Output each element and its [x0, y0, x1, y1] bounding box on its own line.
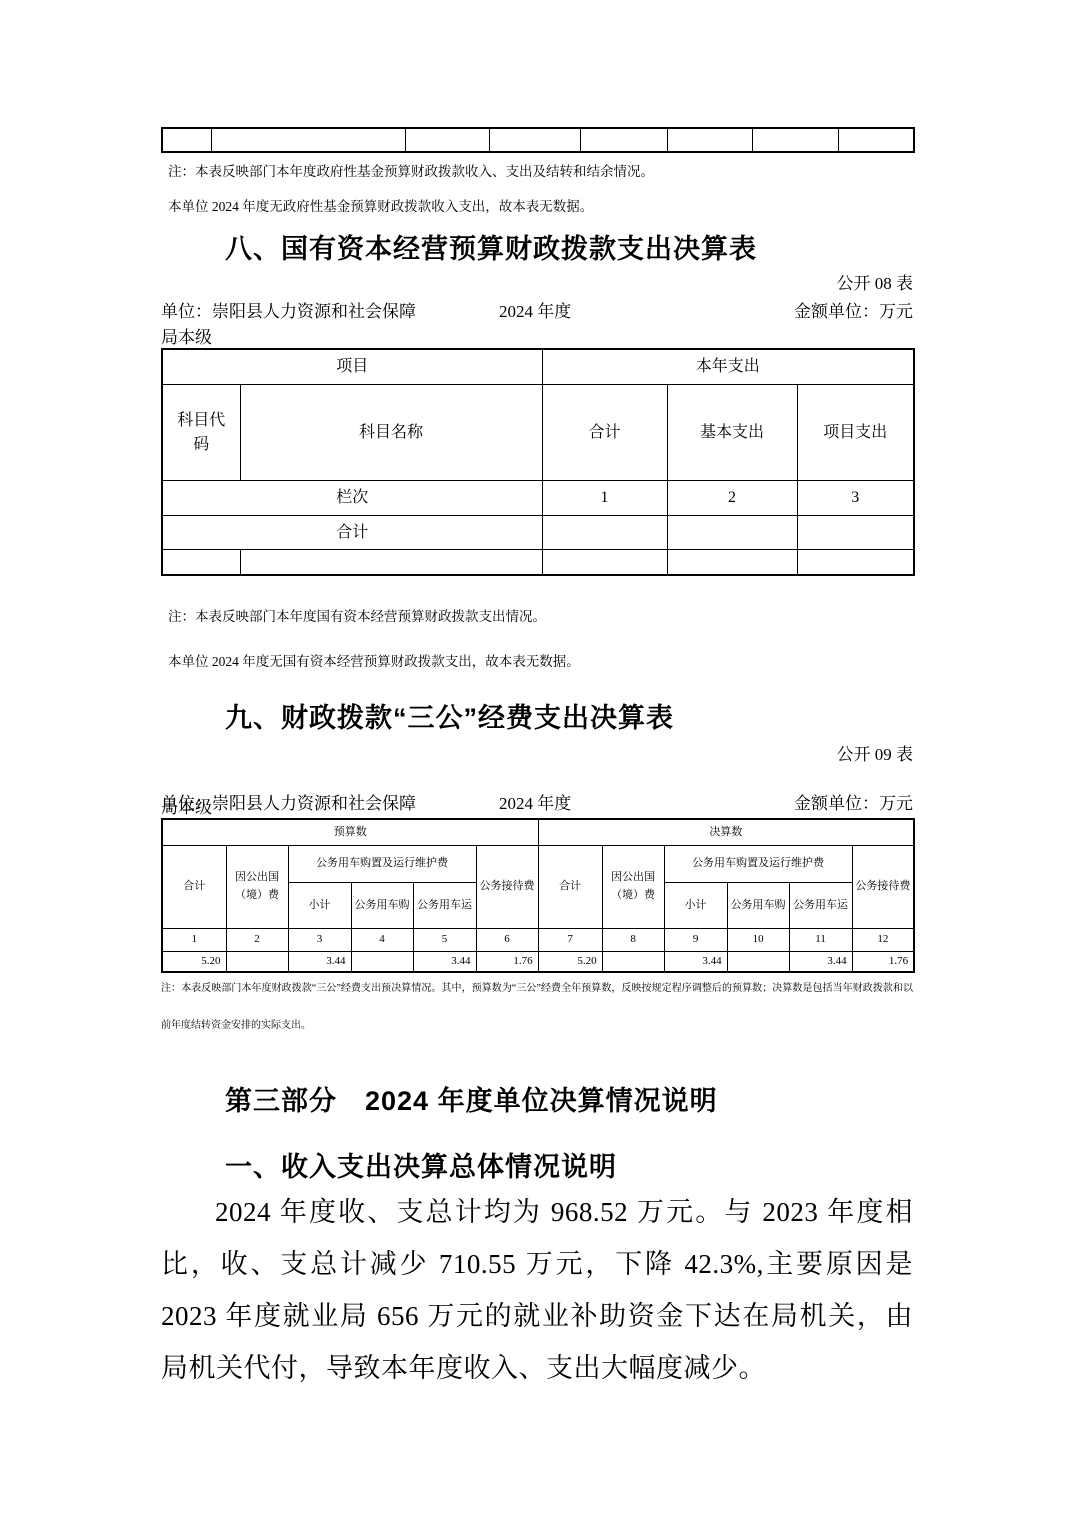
empty-cell [667, 128, 752, 152]
col-header-operate: 公务用车运 [789, 883, 852, 929]
col-number: 2 [226, 929, 288, 952]
empty-cell [580, 128, 667, 152]
col-header-abroad: 因公出国（境）费 [602, 846, 664, 929]
col-header-reception: 公务接待费 [852, 846, 914, 929]
section8-amount-unit: 金额单位：万元 [794, 297, 913, 322]
col-header-abroad: 因公出国（境）费 [226, 846, 288, 929]
section9-unit-suffix: 局本级 [161, 793, 913, 818]
col-header-operate: 公务用车运 [413, 883, 476, 929]
section8-table: 项目 本年支出 科目代码 科目名称 合计 基本支出 项目支出 栏次 1 2 3 … [161, 348, 915, 576]
col-header-subtotal: 小计 [288, 883, 351, 929]
total-row-label: 合计 [162, 516, 542, 550]
lanci-label: 栏次 [162, 481, 542, 516]
table-row: 项目 本年支出 [162, 349, 914, 385]
gov-fund-table-note: 注：本表反映部门本年度政府性基金预算财政拨款收入、支出及结转和结余情况。 [161, 163, 920, 181]
budget-group-header: 预算数 [162, 819, 538, 846]
col-number: 10 [727, 929, 789, 952]
lanci-number: 3 [797, 481, 914, 516]
section9-table: 预算数 决算数 合计 因公出国（境）费 公务用车购置及运行维护费 公务接待费 合… [161, 818, 915, 973]
empty-cell [405, 128, 489, 152]
part3-title: 第三部分 2024 年度单位决算情况说明 [161, 1079, 977, 1118]
col-number: 1 [162, 929, 226, 952]
value-cell: 1.76 [852, 952, 914, 973]
col-header-total: 合计 [542, 385, 667, 481]
empty-cell [162, 550, 240, 576]
col-header-subject-name: 科目名称 [240, 385, 542, 481]
col-header-purchase: 公务用车购 [727, 883, 789, 929]
value-cell: 5.20 [162, 952, 226, 973]
empty-cell [542, 550, 667, 576]
col-number: 11 [789, 929, 852, 952]
value-cell [667, 516, 797, 550]
empty-cell [489, 128, 580, 152]
table-row: 5.20 3.44 3.44 1.76 5.20 3.44 3.44 1.76 [162, 952, 914, 973]
section9-title: 九、财政拨款“三公”经费支出决算表 [161, 696, 977, 735]
final-group-header: 决算数 [538, 819, 914, 846]
col-header-project: 项目支出 [797, 385, 914, 481]
table-row: 合计 因公出国（境）费 公务用车购置及运行维护费 公务接待费 合计 因公出国（境… [162, 846, 914, 883]
empty-cell [752, 128, 838, 152]
col-number: 9 [664, 929, 727, 952]
col-header-subject-code: 科目代码 [162, 385, 240, 481]
col-header-subtotal: 小计 [664, 883, 727, 929]
table-row [162, 550, 914, 576]
col-number: 12 [852, 929, 914, 952]
document-page: 注：本表反映部门本年度政府性基金预算财政拨款收入、支出及结转和结余情况。 本单位… [0, 0, 1074, 1520]
col-number: 8 [602, 929, 664, 952]
value-cell: 3.44 [413, 952, 476, 973]
section8-unit-label: 单位：崇阳县人力资源和社会保障 [161, 302, 416, 321]
value-cell: 5.20 [538, 952, 602, 973]
value-cell: 3.44 [664, 952, 727, 973]
col-number: 7 [538, 929, 602, 952]
value-cell: 1.76 [476, 952, 538, 973]
table-row [162, 128, 914, 152]
col-header-reception: 公务接待费 [476, 846, 538, 929]
value-cell: 3.44 [288, 952, 351, 973]
col-header-basic: 基本支出 [667, 385, 797, 481]
table-row: 合计 [162, 516, 914, 550]
col-header-total: 合计 [162, 846, 226, 929]
project-group-header: 项目 [162, 349, 542, 385]
value-cell: 3.44 [789, 952, 852, 973]
empty-cell [667, 550, 797, 576]
section8-meta-row: 单位：崇阳县人力资源和社会保障 2024 年度 金额单位：万元 [161, 297, 913, 319]
section8-unit-suffix: 局本级 [161, 323, 913, 348]
col-header-total: 合计 [538, 846, 602, 929]
value-cell [797, 516, 914, 550]
lanci-number: 1 [542, 481, 667, 516]
col-number: 4 [351, 929, 413, 952]
empty-cell [240, 550, 542, 576]
col-number: 6 [476, 929, 538, 952]
value-cell [727, 952, 789, 973]
table-row: 1 2 3 4 5 6 7 8 9 10 11 12 [162, 929, 914, 952]
empty-cell [838, 128, 914, 152]
empty-cell [797, 550, 914, 576]
empty-cell [211, 128, 405, 152]
table-row: 预算数 决算数 [162, 819, 914, 846]
section8-no-data-note: 本单位 2024 年度无国有资本经营预算财政拨款支出，故本表无数据。 [161, 653, 920, 671]
section9-form-code: 公开 09 表 [161, 740, 913, 765]
value-cell [351, 952, 413, 973]
section8-form-code: 公开 08 表 [161, 269, 913, 294]
section9-note: 注：本表反映部门本年度财政拨款“三公”经费支出预决算情况。其中，预算数为“三公”… [161, 970, 913, 1044]
value-cell [542, 516, 667, 550]
col-number: 3 [288, 929, 351, 952]
part3-section1-title: 一、收入支出决算总体情况说明 [161, 1145, 977, 1184]
col-header-purchase: 公务用车购 [351, 883, 413, 929]
section8-title: 八、国有资本经营预算财政拨款支出决算表 [161, 227, 977, 266]
col-header-vehicle-group: 公务用车购置及运行维护费 [288, 846, 476, 883]
table-row: 栏次 1 2 3 [162, 481, 914, 516]
value-cell [226, 952, 288, 973]
lanci-number: 2 [667, 481, 797, 516]
section8-note: 注：本表反映部门本年度国有资本经营预算财政拨款支出情况。 [161, 608, 920, 626]
part3-paragraph: 2024 年度收、支总计均为 968.52 万元。与 2023 年度相比，收、支… [161, 1186, 913, 1394]
col-number: 5 [413, 929, 476, 952]
table-row: 科目代码 科目名称 合计 基本支出 项目支出 [162, 385, 914, 481]
value-cell [602, 952, 664, 973]
gov-fund-no-data-note: 本单位 2024 年度无政府性基金预算财政拨款收入支出，故本表无数据。 [161, 198, 920, 216]
year-expense-group-header: 本年支出 [542, 349, 914, 385]
empty-cell [162, 128, 211, 152]
col-header-vehicle-group: 公务用车购置及运行维护费 [664, 846, 852, 883]
section8-year-label: 2024 年度 [499, 297, 571, 322]
gov-fund-table-fragment [161, 127, 915, 153]
